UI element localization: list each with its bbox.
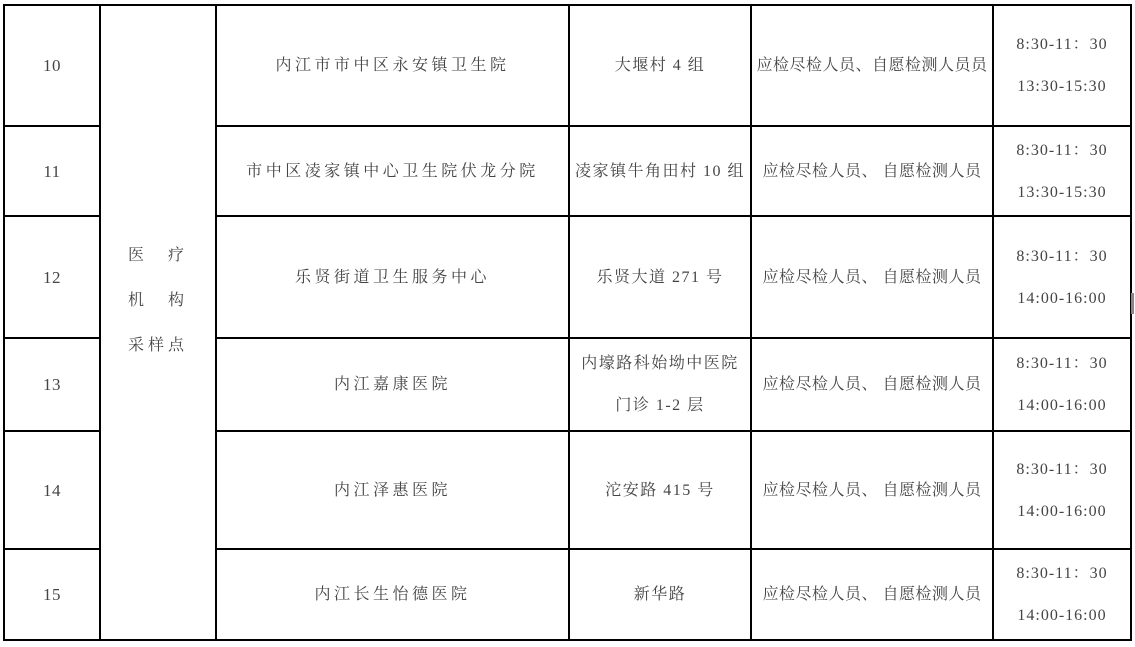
cell-time: 8:30-11：30 14:00-16:00 <box>993 338 1131 431</box>
row-number: 14 <box>5 480 99 501</box>
sampling-points-table: 10 医 疗 机 构 采样点 内江市市中区永安镇卫生院 大堰村 4 组 应检尽检 <box>3 4 1132 641</box>
cell-row-number: 10 <box>4 5 100 126</box>
cell-personnel: 应检尽检人员、 自愿检测人员 <box>751 338 993 431</box>
institution-name: 乐贤街道卫生服务中心 <box>217 267 568 288</box>
category-label: 医 疗 机 构 采样点 <box>101 245 215 356</box>
cell-institution: 内江市市中区永安镇卫生院 <box>216 5 569 126</box>
institution-name: 内江嘉康医院 <box>217 374 568 395</box>
time-slot: 14:00-16:00 <box>994 605 1130 626</box>
cell-time: 8:30-11：30 14:00-16:00 <box>993 431 1131 549</box>
cell-personnel: 应检尽检人员、自愿检测人员员 <box>751 5 993 126</box>
time-slot: 8:30-11：30 <box>994 563 1130 584</box>
cell-address: 沱安路 415 号 <box>569 431 751 549</box>
institution-name: 市中区凌家镇中心卫生院伏龙分院 <box>217 161 568 182</box>
row-number: 10 <box>5 55 99 76</box>
personnel-text: 应检尽检人员、 自愿检测人员 <box>752 161 992 182</box>
cell-institution: 内江嘉康医院 <box>216 338 569 431</box>
cell-category-merged: 医 疗 机 构 采样点 <box>100 5 216 640</box>
institution-name: 内江泽惠医院 <box>217 480 568 501</box>
cell-institution: 内江泽惠医院 <box>216 431 569 549</box>
cell-address: 新华路 <box>569 549 751 640</box>
address-text: 内壕路科始坳中医院 <box>570 353 750 374</box>
personnel-text: 应检尽检人员、 自愿检测人员 <box>752 267 992 288</box>
cell-personnel: 应检尽检人员、 自愿检测人员 <box>751 216 993 338</box>
time-slot: 14:00-16:00 <box>994 395 1130 416</box>
time-slot: 8:30-11：30 <box>994 34 1130 55</box>
row-number: 15 <box>5 584 99 605</box>
address-text: 凌家镇牛角田村 10 组 <box>570 161 750 182</box>
cell-address: 乐贤大道 271 号 <box>569 216 751 338</box>
cell-row-number: 13 <box>4 338 100 431</box>
cell-time: 8:30-11：30 14:00-16:00 <box>993 549 1131 640</box>
cell-row-number: 11 <box>4 126 100 216</box>
cell-row-number: 14 <box>4 431 100 549</box>
address-text: 新华路 <box>570 584 750 605</box>
personnel-text: 应检尽检人员、自愿检测人员员 <box>752 55 992 76</box>
cell-personnel: 应检尽检人员、 自愿检测人员 <box>751 431 993 549</box>
document-page: 10 医 疗 机 构 采样点 内江市市中区永安镇卫生院 大堰村 4 组 应检尽检 <box>0 0 1135 647</box>
personnel-text: 应检尽检人员、 自愿检测人员 <box>752 374 992 395</box>
cell-time: 8:30-11：30 13:30-15:30 <box>993 5 1131 126</box>
cell-personnel: 应检尽检人员、 自愿检测人员 <box>751 126 993 216</box>
time-slot: 8:30-11：30 <box>994 353 1130 374</box>
edge-cutoff-mark <box>1131 293 1134 314</box>
cell-address: 内壕路科始坳中医院 门诊 1-2 层 <box>569 338 751 431</box>
time-slot: 13:30-15:30 <box>994 76 1130 97</box>
time-slot: 14:00-16:00 <box>994 288 1130 309</box>
personnel-text: 应检尽检人员、 自愿检测人员 <box>752 584 992 605</box>
row-number: 13 <box>5 374 99 395</box>
cell-institution: 乐贤街道卫生服务中心 <box>216 216 569 338</box>
row-number: 12 <box>5 267 99 288</box>
time-slot: 8:30-11：30 <box>994 246 1130 267</box>
table-row: 10 医 疗 机 构 采样点 内江市市中区永安镇卫生院 大堰村 4 组 应检尽检 <box>4 5 1131 126</box>
cell-row-number: 15 <box>4 549 100 640</box>
address-text: 门诊 1-2 层 <box>570 395 750 416</box>
cell-personnel: 应检尽检人员、 自愿检测人员 <box>751 549 993 640</box>
personnel-text: 应检尽检人员、 自愿检测人员 <box>752 480 992 501</box>
cell-time: 8:30-11：30 14:00-16:00 <box>993 216 1131 338</box>
time-slot: 8:30-11：30 <box>994 140 1130 161</box>
institution-name: 内江市市中区永安镇卫生院 <box>217 55 568 76</box>
institution-name: 内江长生怡德医院 <box>217 584 568 605</box>
row-number: 11 <box>5 161 99 182</box>
cell-institution: 市中区凌家镇中心卫生院伏龙分院 <box>216 126 569 216</box>
time-slot: 13:30-15:30 <box>994 182 1130 203</box>
cell-address: 大堰村 4 组 <box>569 5 751 126</box>
time-slot: 14:00-16:00 <box>994 501 1130 522</box>
cell-institution: 内江长生怡德医院 <box>216 549 569 640</box>
cell-address: 凌家镇牛角田村 10 组 <box>569 126 751 216</box>
cell-time: 8:30-11：30 13:30-15:30 <box>993 126 1131 216</box>
time-slot: 8:30-11：30 <box>994 459 1130 480</box>
address-text: 乐贤大道 271 号 <box>570 267 750 288</box>
cell-row-number: 12 <box>4 216 100 338</box>
address-text: 大堰村 4 组 <box>570 55 750 76</box>
address-text: 沱安路 415 号 <box>570 480 750 501</box>
